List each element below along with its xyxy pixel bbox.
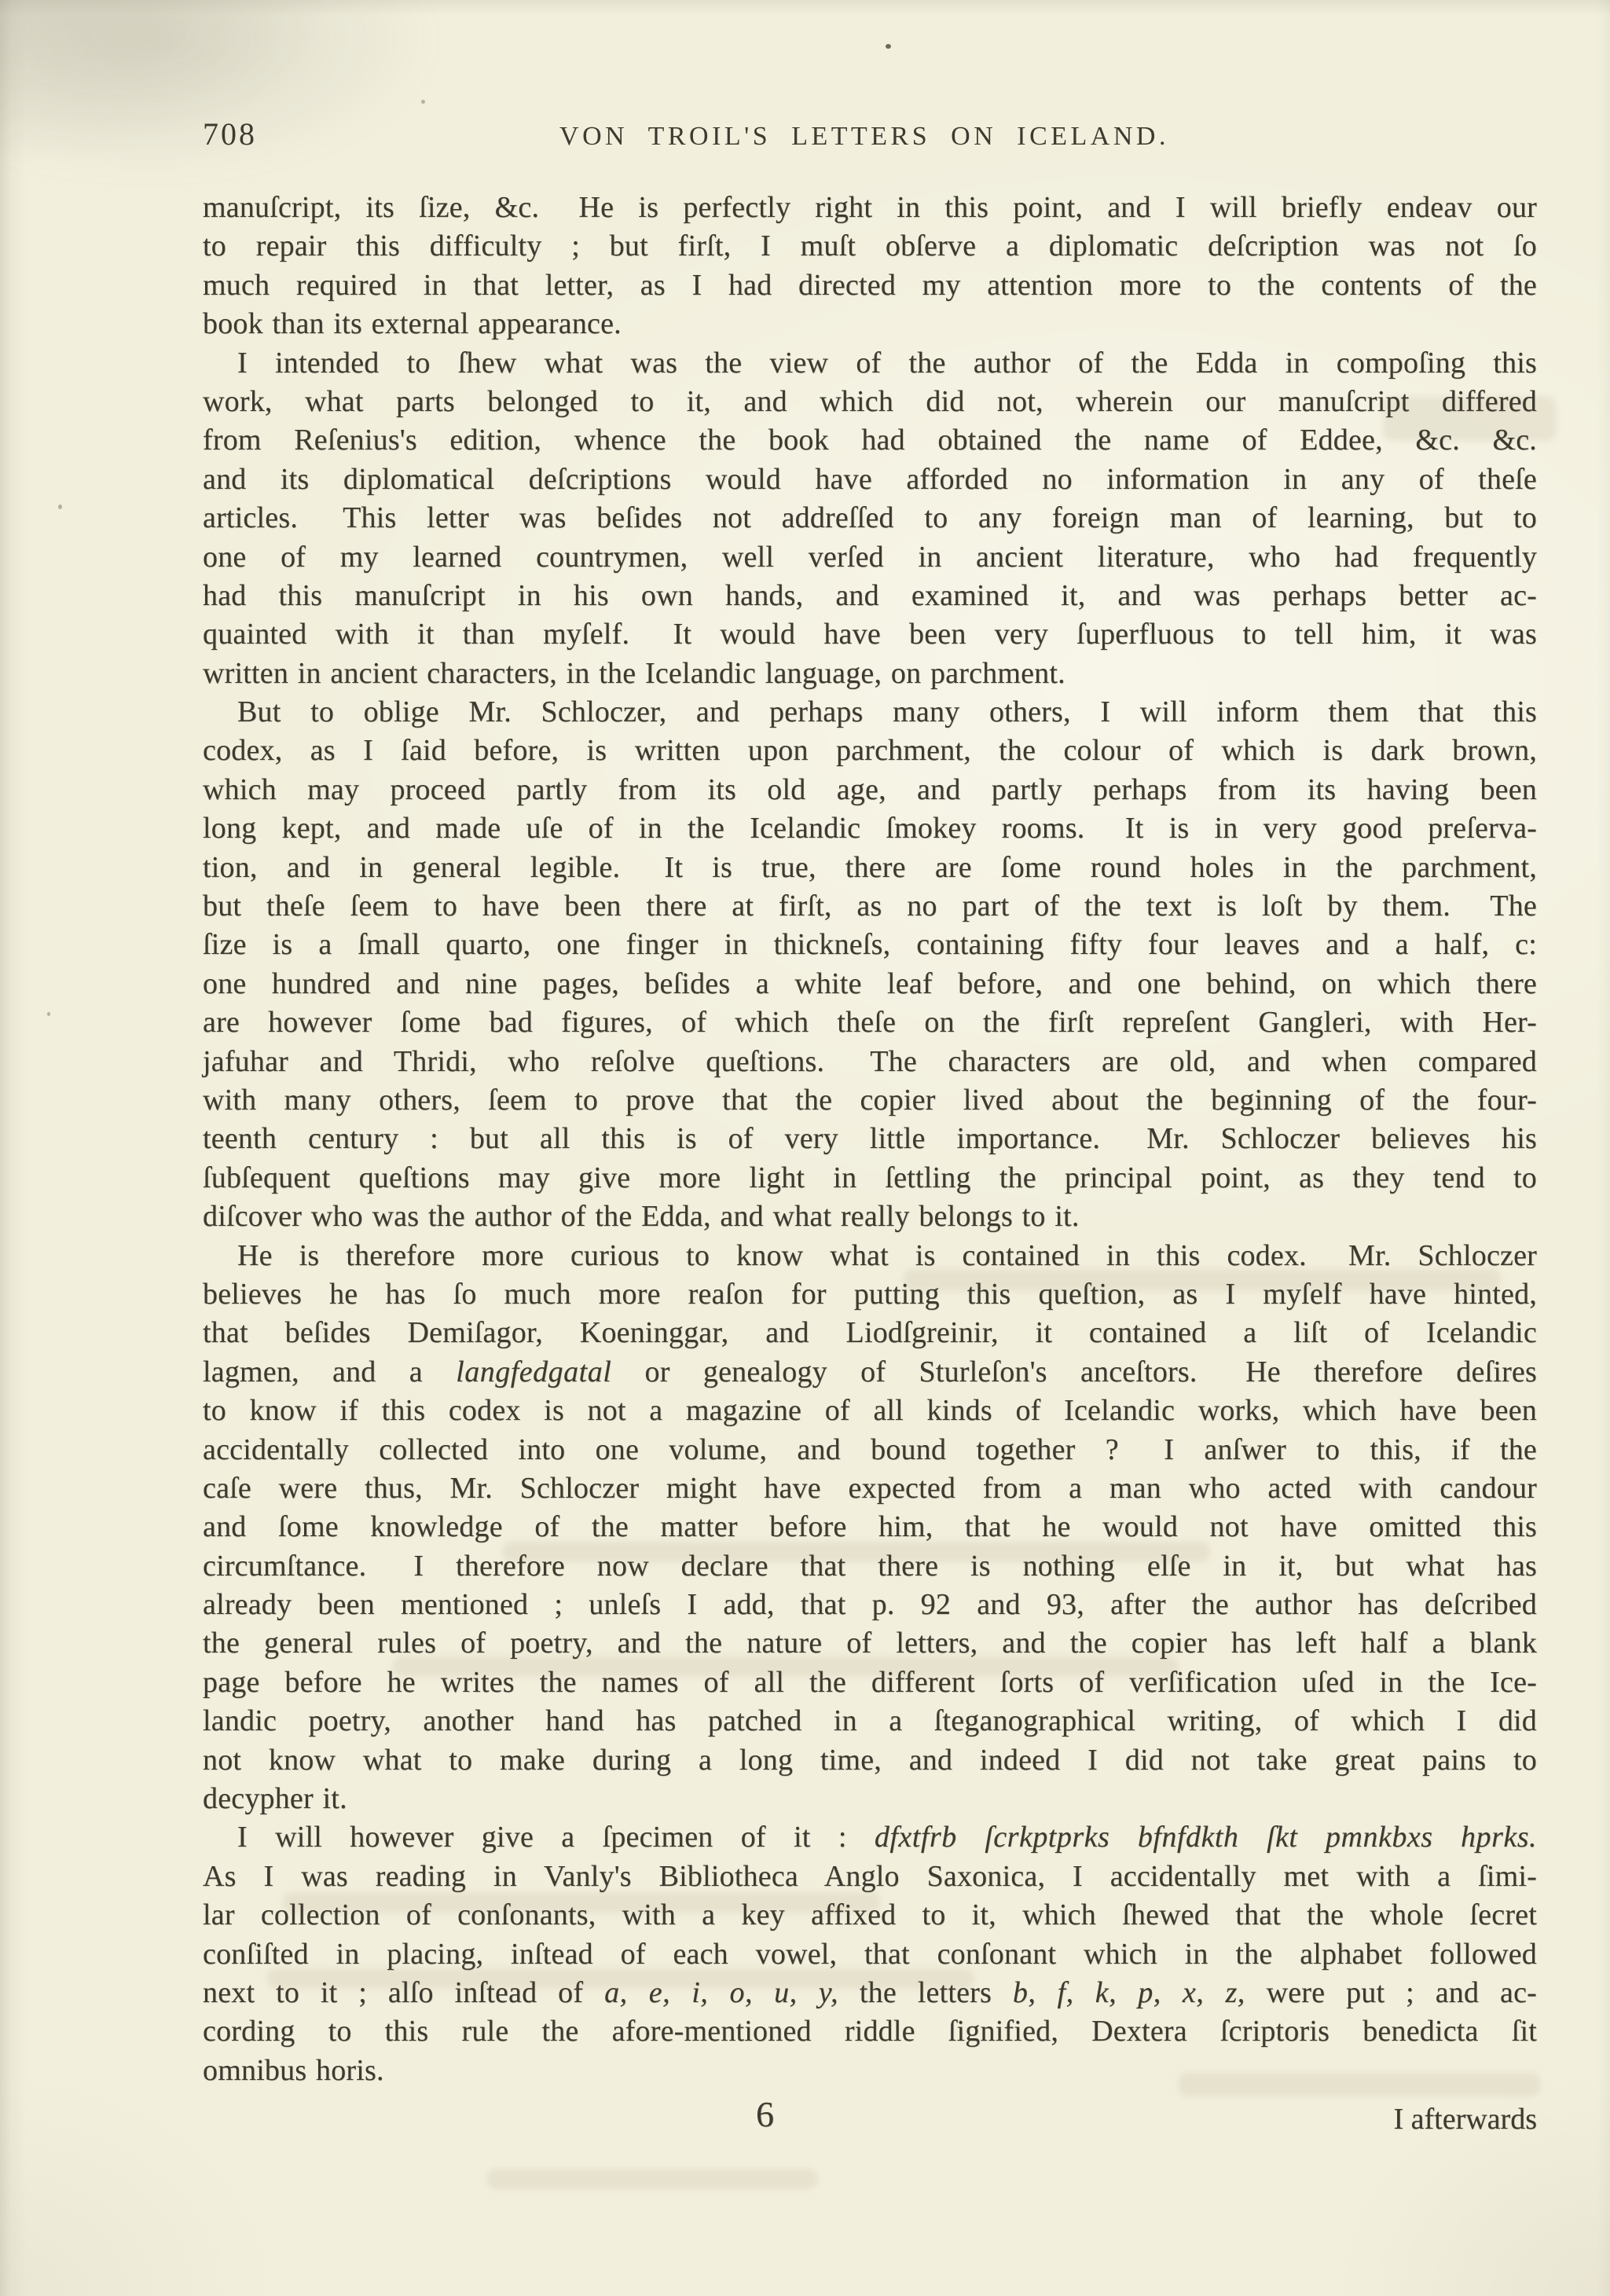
- ink-speck: [47, 1012, 50, 1016]
- text-line: to repair this difficulty ; but firſt, I…: [203, 227, 1537, 266]
- text-line: with many others, ſeem to prove that the…: [203, 1081, 1537, 1120]
- text-line: that beſides Demiſagor, Koeninggar, and …: [203, 1314, 1537, 1352]
- text-line: and its diplomatical deſcriptions would …: [203, 460, 1537, 499]
- text-line: ſubſequent queſtions may give more light…: [203, 1159, 1537, 1198]
- text-line: the general rules of poetry, and the nat…: [203, 1624, 1537, 1663]
- text-line: conſiſted in placing, inſtead of each vo…: [203, 1935, 1537, 1974]
- text-line: are however ſome bad figures, of which t…: [203, 1003, 1537, 1042]
- text-line: caſe were thus, Mr. Schloczer might have…: [203, 1469, 1537, 1508]
- text-line: tion, and in general legible. It is true…: [203, 849, 1537, 887]
- text-line: decypher it.: [203, 1780, 1537, 1818]
- text-line: omnibus horis.: [203, 2052, 1537, 2090]
- text-line: work, what parts belonged to it, and whi…: [203, 383, 1537, 421]
- paragraph-2: I intended to ſhew what was the view of …: [203, 344, 1537, 694]
- text-line: manuſcript, its ſize, &c. He is perfectl…: [203, 189, 1537, 227]
- text-line: book than its external appearance.: [203, 305, 1537, 343]
- scan-smudge: [0, 0, 440, 181]
- page-number: 708: [203, 119, 257, 150]
- text-line: not know what to make during a long time…: [203, 1741, 1537, 1780]
- text-line: As I was reading in Vanly's Bibliotheca …: [203, 1858, 1537, 1896]
- text-line: cording to this rule the afore-mentioned…: [203, 2012, 1537, 2051]
- text-line: one of my learned countrymen, well verſe…: [203, 538, 1537, 577]
- catchword: I afterwards: [1393, 2104, 1537, 2134]
- text-line: He is therefore more curious to know wha…: [203, 1237, 1537, 1275]
- ink-speck: [421, 100, 425, 104]
- text-line: jafuhar and Thridi, who reſolve queſtion…: [203, 1043, 1537, 1081]
- text-line: I will however give a ſpecimen of it : d…: [203, 1818, 1537, 1857]
- text-line: but theſe ſeem to have been there at fir…: [203, 887, 1537, 926]
- text-line: accidentally collected into one volume, …: [203, 1431, 1537, 1469]
- text-line: circumſtance. I therefore now declare th…: [203, 1547, 1537, 1586]
- text-line: codex, as I ſaid before, is written upon…: [203, 732, 1537, 770]
- text-line: ſize is a ſmall quarto, one finger in th…: [203, 926, 1537, 964]
- text-line: already been mentioned ; unleſs I add, t…: [203, 1586, 1537, 1624]
- bleedthrough-ghost: [487, 2169, 817, 2189]
- text-line: diſcover who was the author of the Edda,…: [203, 1198, 1537, 1236]
- text-line: and ſome knowledge of the matter before …: [203, 1508, 1537, 1546]
- paragraph-4: He is therefore more curious to know wha…: [203, 1237, 1537, 1819]
- text-line: one hundred and nine pages, beſides a wh…: [203, 965, 1537, 1003]
- text-block: manuſcript, its ſize, &c. He is perfectl…: [203, 189, 1537, 2090]
- ink-speck: [58, 504, 62, 509]
- text-line: landic poetry, another hand has patched …: [203, 1702, 1537, 1740]
- text-line: believes he has ſo much more reaſon for …: [203, 1275, 1537, 1314]
- running-title: VON TROIL'S LETTERS ON ICELAND.: [559, 123, 1169, 150]
- text-line: had this manuſcript in his own hands, an…: [203, 577, 1537, 615]
- text-line: I intended to ſhew what was the view of …: [203, 344, 1537, 383]
- signature-mark: 6: [756, 2096, 774, 2133]
- text-line: lagmen, and a langfedgatal or genealogy …: [203, 1353, 1537, 1392]
- text-line: written in ancient characters, in the Ic…: [203, 655, 1537, 693]
- text-line: which may proceed partly from its old ag…: [203, 771, 1537, 809]
- text-line: to know if this codex is not a magazine …: [203, 1392, 1537, 1430]
- text-line: much required in that letter, as I had d…: [203, 266, 1537, 305]
- text-line: But to oblige Mr. Schloczer, and perhaps…: [203, 693, 1537, 732]
- text-line: next to it ; alſo inſtead of a, e, i, o,…: [203, 1974, 1537, 2012]
- book-page-scan: 708 VON TROIL'S LETTERS ON ICELAND. manu…: [0, 0, 1610, 2296]
- ink-speck: [886, 44, 891, 49]
- text-line: teenth century : but all this is of very…: [203, 1120, 1537, 1158]
- text-line: long kept, and made uſe of in the Icelan…: [203, 809, 1537, 848]
- text-line: articles. This letter was beſides not ad…: [203, 499, 1537, 537]
- paragraph-1: manuſcript, its ſize, &c. He is perfectl…: [203, 189, 1537, 344]
- text-line: page before he writes the names of all t…: [203, 1663, 1537, 1702]
- text-line: from Reſenius's edition, whence the book…: [203, 421, 1537, 460]
- paragraph-3: But to oblige Mr. Schloczer, and perhaps…: [203, 693, 1537, 1236]
- paragraph-5: I will however give a ſpecimen of it : d…: [203, 1818, 1537, 2090]
- text-line: quainted with it than myſelf. It would h…: [203, 615, 1537, 654]
- text-line: lar collection of conſonants, with a key…: [203, 1896, 1537, 1935]
